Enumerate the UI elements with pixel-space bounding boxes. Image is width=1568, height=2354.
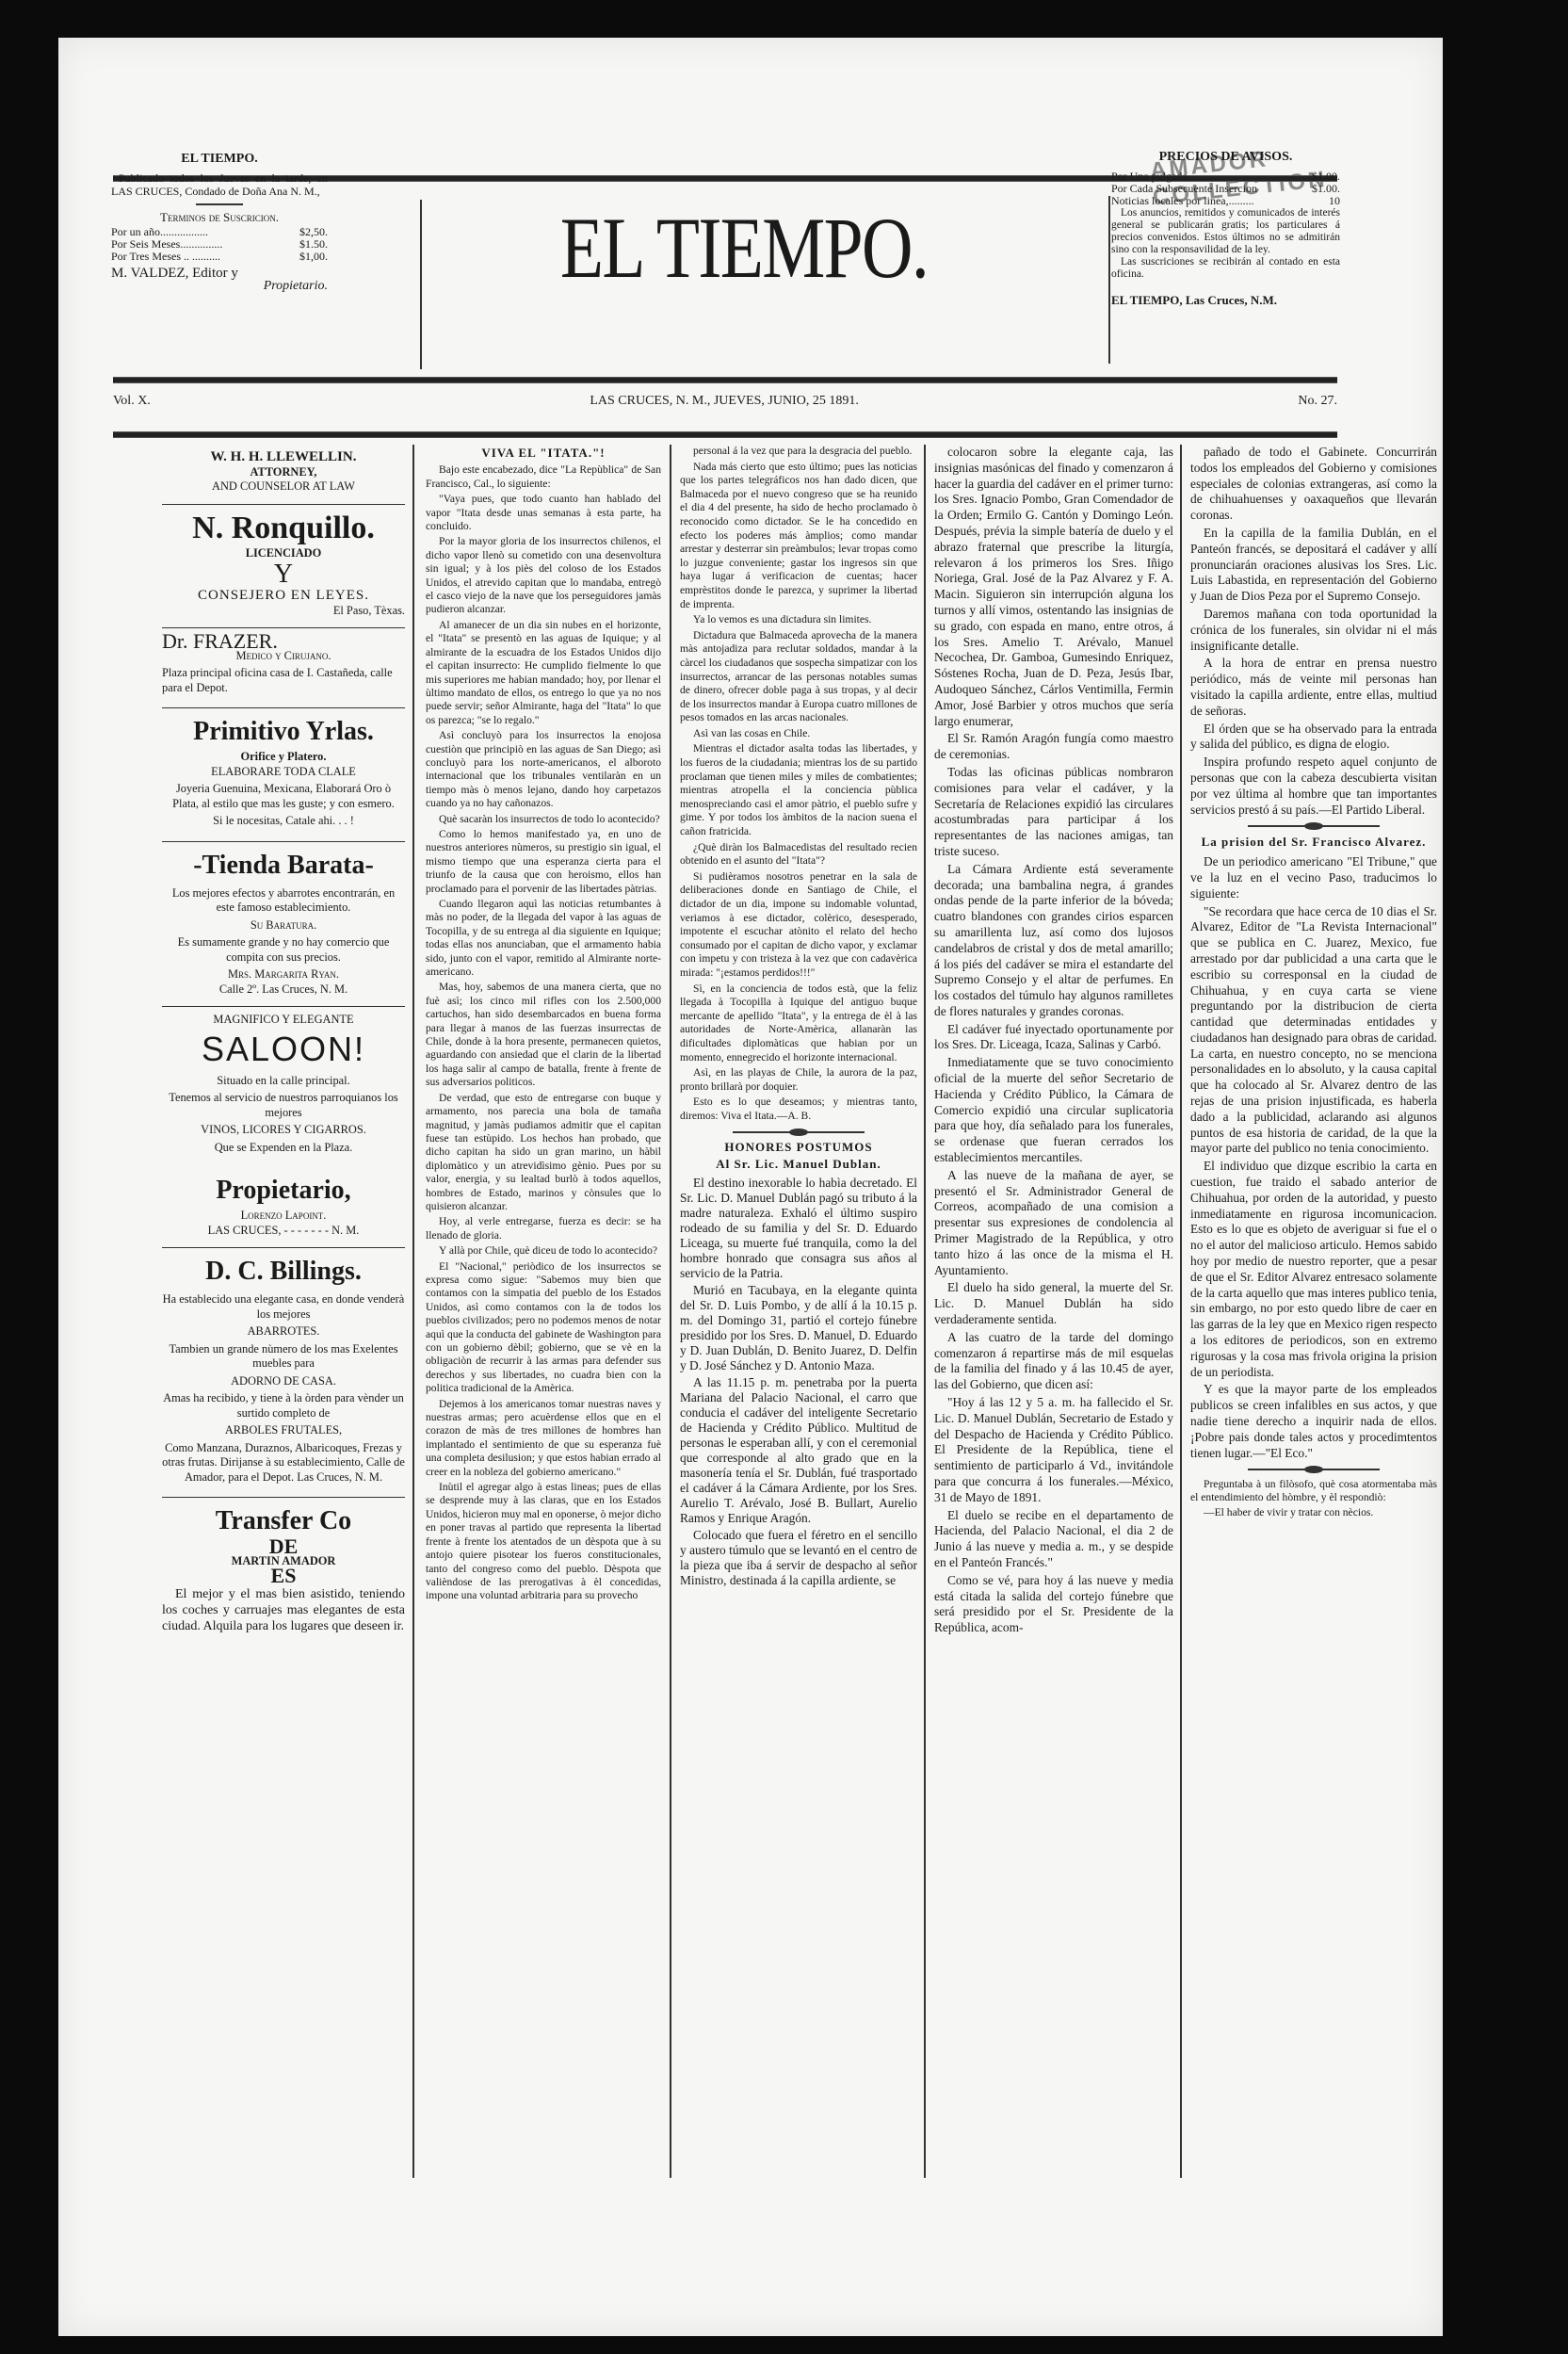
rates-note: Los anuncios, remitidos y comunicados de… xyxy=(1111,207,1340,256)
paragraph: El Sr. Ramón Aragón fungía como maestro … xyxy=(934,731,1173,763)
paragraph: "Vaya pues, que todo cuanto han hablado … xyxy=(426,493,661,533)
masthead-title: EL TIEMPO. xyxy=(459,198,1030,298)
paragraph: A las 11.15 p. m. penetraba por la puert… xyxy=(680,1375,917,1526)
paragraph: Daremos mañana con toda oportunidad la c… xyxy=(1190,607,1437,654)
ad-yrlas: Primitivo Yrlas. Orifice y Platero. ELAB… xyxy=(162,708,405,842)
article-headline: VIVA EL "ITATA."! xyxy=(426,446,661,460)
paragraph: El cadáver fué inyectado oportunamente p… xyxy=(934,1022,1173,1054)
dateline-bottom-rule xyxy=(113,431,1337,438)
paragraph: Inmediatamente que se tuvo conocimiento … xyxy=(934,1055,1173,1166)
article-headline: La prision del Sr. Francisco Alvarez. xyxy=(1190,835,1437,851)
paragraph: A la hora de entrar en prensa nuestro pe… xyxy=(1190,656,1437,719)
paragraph: El duelo ha sido general, la muerte del … xyxy=(934,1280,1173,1327)
paragraph: Dejemos à los americanos tomar nuestras … xyxy=(426,1398,661,1479)
paragraph: Asì, en las playas de Chile, la aurora d… xyxy=(680,1066,917,1094)
paragraph: Inspira profundo respeto aquel conjunto … xyxy=(1190,755,1437,818)
advertisements-column: W. H. H. LLEWELLIN. ATTORNEY, AND COUNSE… xyxy=(162,445,405,1647)
article-body: colocaron sobre la elegante caja, las in… xyxy=(934,445,1173,1636)
paragraph: El "Nacional," periòdico de los insurrec… xyxy=(426,1260,661,1396)
paragraph: Al amanecer de un dia sin nubes en el ho… xyxy=(426,619,661,727)
article-honores-continuation: colocaron sobre la elegante caja, las in… xyxy=(934,445,1173,1638)
paragraph: El individuo que dizque escribio la cart… xyxy=(1190,1159,1437,1380)
paragraph: Inùtil el agregar algo à estas lineas; p… xyxy=(426,1481,661,1603)
paragraph: pañado de todo el Gabinete. Concurrirán … xyxy=(1190,445,1437,524)
subscription-terms-title: Terminos de Suscricion. xyxy=(111,211,328,224)
paragraph: Nada más cierto que esto último; pues la… xyxy=(680,461,917,612)
article-subheadline: Al Sr. Lic. Manuel Dublan. xyxy=(680,1158,917,1172)
ad-llewellin: W. H. H. LLEWELLIN. ATTORNEY, AND COUNSE… xyxy=(162,445,405,505)
rates-signature: EL TIEMPO, Las Cruces, N.M. xyxy=(1111,294,1340,306)
paragraph: Todas las oficinas públicas nombraron co… xyxy=(934,765,1173,860)
paragraph: Y es que la mayor parte de los empleados… xyxy=(1190,1382,1437,1461)
ornamental-divider xyxy=(1248,1469,1380,1470)
rate-row: Noticias locales por linea,.........10 xyxy=(1111,195,1340,207)
paragraph: Murió en Tacubaya, en la elegante quinta… xyxy=(680,1283,917,1373)
paragraph: —El haber de vivir y tratar con nècios. xyxy=(1190,1506,1437,1519)
ornamental-divider xyxy=(1248,825,1380,827)
advertising-rates-box: PRECIOS DE AVISOS. Por Una pulgada......… xyxy=(1111,151,1340,306)
article-body: De un periodico americano "El Tribune," … xyxy=(1190,854,1437,1461)
paragraph: Sì, en la conciencia de todos està, que … xyxy=(680,982,917,1065)
term-row: Por Tres Meses .. ..........$1,00. xyxy=(111,251,328,263)
paragraph: Dictadura que Balmaceda aprovecha de la … xyxy=(680,629,917,725)
paragraph: colocaron sobre la elegante caja, las in… xyxy=(934,445,1173,729)
paragraph: El órden que se ha observado para la ent… xyxy=(1190,722,1437,754)
issue-number: No. 27. xyxy=(1298,394,1337,409)
anecdote: Preguntaba à un filòsofo, què cosa atorm… xyxy=(1190,1478,1437,1519)
editor-role: Propietario. xyxy=(111,280,328,293)
paragraph: Y allà por Chile, què diceu de todo lo a… xyxy=(426,1244,661,1258)
publication-note: Publicado todos los Jueves en la tarde, … xyxy=(111,171,328,198)
paragraph: Ya lo vemos es una dictadura sin limites… xyxy=(680,613,917,627)
paragraph: Por la mayor gloria de los insurrectos c… xyxy=(426,535,661,616)
paragraph: La Cámara Ardiente está severamente deco… xyxy=(934,862,1173,1020)
paragraph: De un periodico americano "El Tribune," … xyxy=(1190,854,1437,901)
paragraph: Preguntaba à un filòsofo, què cosa atorm… xyxy=(1190,1478,1437,1504)
article-body: personal á la vez que para la desgracia … xyxy=(680,445,917,1124)
article-body: Bajo este encabezado, dice "La Repùblica… xyxy=(426,463,661,1602)
paragraph: El duelo se recibe en el departamento de… xyxy=(934,1508,1173,1571)
paragraph: ¿Què diràn los Balmacedistas del resulta… xyxy=(680,841,917,869)
paragraph: Asì van las cosas en Chile. xyxy=(680,727,917,741)
ad-saloon: MAGNIFICO Y ELEGANTE SALOON! Situado en … xyxy=(162,1007,405,1167)
small-divider xyxy=(196,203,243,205)
publication-info-title: EL TIEMPO. xyxy=(111,153,328,166)
paragraph: Mas, hoy, sabemos de una manera cierta, … xyxy=(426,981,661,1089)
article-viva-el-itata: VIVA EL "ITATA."! Bajo este encabezado, … xyxy=(426,445,661,1605)
paragraph: Bajo este encabezado, dice "La Repùblica… xyxy=(426,463,661,491)
article-headline: HONORES POSTUMOS xyxy=(680,1141,917,1155)
article-body: El destino inexorable lo habìa decretado… xyxy=(680,1176,917,1588)
ad-lapoint: Propietario, Lorenzo Lapoint. LAS CRUCES… xyxy=(162,1167,405,1248)
article-continuation-chile: personal á la vez que para la desgracia … xyxy=(680,445,917,1590)
advertising-rates-title: PRECIOS DE AVISOS. xyxy=(1111,151,1340,163)
masthead-bottom-rule xyxy=(113,377,1337,383)
paragraph: A las nueve de la mañana de ayer, se pre… xyxy=(934,1168,1173,1279)
rates-note: Las suscriciones se recibirán al contado… xyxy=(1111,256,1340,281)
volume-number: Vol. X. xyxy=(113,394,151,409)
ad-frazer: Dr. FRAZER. Medico y Cirujano. Plaza pri… xyxy=(162,628,405,708)
header-divider-left xyxy=(420,200,422,369)
paragraph: "Se recordara que hace cerca de 10 dias … xyxy=(1190,904,1437,1158)
ad-transfer-co: Transfer Co DE MARTIN AMADOR ES El mejor… xyxy=(162,1498,405,1647)
paragraph: Si pudièramos nosotros penetrar en la sa… xyxy=(680,870,917,981)
ad-tienda-barata: -Tienda Barata- Los mejores efectos y ab… xyxy=(162,842,405,1008)
paragraph: personal á la vez que para la desgracia … xyxy=(680,445,917,459)
editor-name: M. VALDEZ, Editor y xyxy=(111,267,328,280)
place-and-date: LAS CRUCES, N. M., JUEVES, JUNIO, 25 189… xyxy=(590,394,858,409)
ornamental-divider xyxy=(733,1131,865,1133)
paragraph: Asì concluyò para los insurrectos la eno… xyxy=(426,729,661,810)
paragraph: De verdad, que esto de entregarse con bu… xyxy=(426,1092,661,1214)
paragraph: En la capilla de la familia Dublán, en e… xyxy=(1190,526,1437,605)
article-body: pañado de todo el Gabinete. Concurrirán … xyxy=(1190,445,1437,818)
header-divider-right xyxy=(1108,196,1110,364)
paragraph: Esto es lo que deseamos; y mientras tant… xyxy=(680,1096,917,1123)
paragraph: Mientras el dictador asalta todas las li… xyxy=(680,742,917,838)
paragraph: Cuando llegaron aquì las noticias retumb… xyxy=(426,898,661,979)
paragraph: El destino inexorable lo habìa decretado… xyxy=(680,1176,917,1281)
paragraph: "Hoy á las 12 y 5 a. m. ha fallecido el … xyxy=(934,1395,1173,1506)
paragraph: Como se vé, para hoy á las nueve y media… xyxy=(934,1573,1173,1636)
paragraph: Como lo hemos manifestado ya, en uno de … xyxy=(426,828,661,896)
column-divider xyxy=(412,445,414,2178)
ad-billings: D. C. Billings. Ha establecido una elega… xyxy=(162,1248,405,1498)
ad-ronquillo: N. Ronquillo. LICENCIADO Y CONSEJERO EN … xyxy=(162,505,405,629)
column-divider xyxy=(670,445,671,2178)
paragraph: Colocado que fuera el féretro en el senc… xyxy=(680,1528,917,1588)
column-divider xyxy=(1180,445,1182,2178)
paragraph: Hoy, al verle entregarse, fuerza es deci… xyxy=(426,1215,661,1242)
article-alvarez: pañado de todo el Gabinete. Concurrirán … xyxy=(1190,445,1437,1521)
paragraph: Què sacaràn los insurrectos de todo lo a… xyxy=(426,813,661,826)
publication-info-box: EL TIEMPO. Publicado todos los Jueves en… xyxy=(111,153,328,293)
dateline: Vol. X. LAS CRUCES, N. M., JUEVES, JUNIO… xyxy=(113,394,1337,409)
column-divider xyxy=(924,445,926,2178)
paragraph: A las cuatro de la tarde del domingo com… xyxy=(934,1330,1173,1393)
